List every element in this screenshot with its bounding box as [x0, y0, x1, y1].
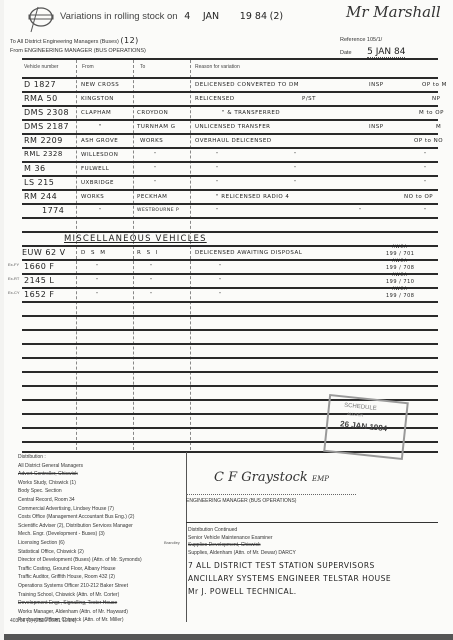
reason: RELICENSED [195, 96, 235, 102]
distribution-item: Supplies Development, Chiswick [188, 542, 296, 550]
title-month: JAN [203, 11, 219, 22]
to: " [154, 166, 156, 172]
row-rule [22, 301, 438, 303]
reason: " [216, 166, 218, 172]
vehicle-number: D 1827 [24, 80, 56, 89]
vehicle-number: 1774 [42, 206, 64, 215]
vehicle-number: LS 215 [24, 178, 54, 187]
row-rule [22, 77, 438, 79]
row-rule [22, 161, 438, 163]
from: CLAPHAM [81, 110, 111, 116]
date-label: Date [340, 50, 352, 56]
extra: INSP [369, 82, 384, 88]
from: " [96, 292, 98, 298]
from: " [96, 278, 98, 284]
distribution-item: Costs Office (Management Accountant Bus … [18, 513, 142, 522]
bottom-edge [4, 634, 453, 640]
to: R S I [137, 250, 159, 256]
title-copy: (2) [270, 11, 283, 22]
row-rule [22, 147, 438, 149]
from: WORKS [81, 194, 104, 200]
distribution-continued-title: Distribution Continued [188, 527, 296, 535]
stamp-date: 26 JAN 1984 [340, 419, 388, 433]
code: OP to M [422, 82, 447, 88]
to-count: (12) [120, 36, 138, 45]
title-year: 19 84 [240, 11, 267, 22]
distribution-item: Licensing Section (6) [18, 539, 142, 548]
row-rule [22, 315, 438, 317]
to: CROYDON [137, 110, 168, 116]
code-top: AWCA [392, 259, 408, 264]
code-top: AWCA [392, 245, 408, 250]
col-from: From [82, 64, 94, 70]
code-bottom: 199 / 708 [386, 265, 414, 271]
reference: Reference 105/1/ [340, 37, 382, 43]
row-rule [22, 329, 438, 331]
vehicle-number: EUW 62 V [22, 248, 66, 257]
reason: " [216, 152, 218, 158]
received-stamp: SCHEDULE ALLOCN 26 JAN 1984 [323, 394, 409, 460]
row-rule [22, 133, 438, 135]
reason: " RELICENSED RADIO 4 [216, 194, 289, 200]
handwritten-line: ANCILLARY SYSTEMS ENGINEER TELSTAR HOUSE [188, 572, 391, 585]
col-to: To [140, 64, 145, 70]
code: " [424, 152, 426, 158]
row-rule [22, 385, 438, 387]
row-rule [22, 343, 438, 345]
from: ASH GROVE [81, 138, 118, 144]
distribution-item: Central Record, Room 34 [18, 496, 142, 505]
form-code: 403/69 (1) (2500 10/81 121/1) [10, 618, 76, 624]
reason: " [219, 292, 221, 298]
distribution-continued-list: Distribution Continued Senior Vehicle Ma… [188, 527, 296, 557]
signature-block: C F Graystock EMP ENGINEERING MANAGER (B… [186, 452, 438, 522]
reason: UNLICENSED TRANSFER [195, 124, 271, 130]
margin-note: Brandley [164, 540, 180, 545]
row-rule [22, 91, 438, 93]
row-note: Ex-CY [8, 290, 20, 295]
row-rule [22, 175, 438, 177]
row-rule [22, 217, 438, 219]
distribution-item: Traffic Costing, Ground Floor, Albany Ho… [18, 565, 142, 574]
title-prefix: Variations in rolling stock on [60, 11, 178, 22]
title-day: 4 [184, 11, 190, 22]
distribution-item: Development Engr., Signalling, Tester Ho… [18, 599, 142, 608]
distribution-item: Works Study, Chiswick (1) [18, 479, 142, 488]
handwritten-line: 7 ALL DISTRICT TEST STATION SUPERVISORS [188, 559, 391, 572]
distribution-item: Works Manager, Aldenham (Attn. of Mr. Ha… [18, 608, 142, 617]
row-rule [22, 105, 438, 107]
signature-suffix: EMP [312, 475, 329, 483]
handwritten-distribution: 7 ALL DISTRICT TEST STATION SUPERVISORS … [188, 559, 391, 598]
distribution-item: Operations Systems Officer 210-212 Baker… [18, 582, 142, 591]
distribution-list: Distribution : All District General Mana… [18, 453, 142, 625]
vehicle-number: DMS 2187 [24, 122, 69, 131]
distribution-item: Body Spec. Section [18, 487, 142, 496]
to-label: To All District Engineering Managers (Bu… [10, 39, 119, 45]
code: OP to NO [414, 138, 443, 144]
reason: DELICENSED CONVERTED TO DM [195, 82, 299, 88]
section-title: MISCELLANEOUS VEHICLES [64, 234, 207, 244]
distribution-title: Distribution : [18, 453, 142, 462]
signature-line [186, 494, 356, 495]
from: " [99, 208, 101, 214]
date-line: Date 5 JAN 84 [340, 47, 405, 57]
row-rule [22, 287, 438, 289]
reason: DELICENSED AWAITING DISPOSAL [195, 250, 302, 256]
from: WILLESDON [81, 152, 118, 158]
code-top: AWCA [392, 273, 408, 278]
extra: INSP [369, 124, 384, 130]
row-rule [22, 231, 438, 233]
distribution-item: Senior Vehicle Maintenance Examiner [188, 535, 296, 543]
distribution-item: Traffic Auditor, Griffith House, Room 43… [18, 573, 142, 582]
date-value: 5 JAN 84 [367, 47, 405, 58]
signature-title: ENGINEERING MANAGER (BUS OPERATIONS) [186, 498, 296, 504]
handwritten-recipient: Mr Marshall [346, 3, 441, 21]
code-top: AWCA [392, 287, 408, 292]
vehicle-number: RM 2209 [24, 136, 63, 145]
vehicle-number: RM 244 [24, 192, 57, 201]
row-note: Ex-FY [8, 262, 19, 267]
from: " [96, 264, 98, 270]
extra: " [294, 166, 296, 172]
to: " [150, 292, 152, 298]
signature-name: C F Graystock [214, 470, 308, 485]
to: WORKS [140, 138, 163, 144]
code: M [436, 124, 441, 130]
vehicle-number: 2145 L [24, 276, 54, 285]
reason: " & TRANSFERRED [222, 110, 280, 116]
vehicle-number: RML 2328 [24, 150, 63, 158]
to: " [154, 152, 156, 158]
row-rule [22, 357, 438, 359]
col-vehicle-number: Vehicle number [24, 64, 58, 70]
vehicle-number: 1660 F [24, 262, 55, 271]
code: NP [432, 96, 440, 102]
signature: C F Graystock EMP [214, 470, 329, 485]
extra: P/ST [302, 96, 316, 102]
from: KINGSTON [81, 96, 114, 102]
from-line: From ENGINEERING MANAGER (BUS OPERATIONS… [10, 48, 146, 54]
distribution-item: Mech. Engr. (Development - Buses) (3) [18, 530, 142, 539]
reason: " [216, 180, 218, 186]
document-page: Variations in rolling stock on 4 JAN 19 … [4, 0, 453, 640]
code-bottom: 199 / 708 [386, 293, 414, 299]
distribution-item: Training School, Chiswick (Attn. of Mr. … [18, 591, 142, 600]
reason: OVERHAUL DELICENSED [195, 138, 272, 144]
london-transport-roundel-icon [26, 5, 56, 33]
code: " [424, 180, 426, 186]
row-rule [22, 203, 438, 205]
distribution-item: All District General Managers [18, 462, 142, 471]
to: TURNHAM G [137, 124, 175, 130]
code: M to OP [419, 110, 444, 116]
stamp-line2: ALLOCN [347, 411, 363, 418]
document-title: Variations in rolling stock on 4 JAN 19 … [60, 11, 283, 22]
to: " [154, 180, 156, 186]
row-rule [22, 371, 438, 373]
col-reason: Reason for variation [195, 64, 240, 70]
code: " [424, 166, 426, 172]
distribution-item: Advert Controller, Chiswick [18, 470, 142, 479]
code: NO to OP [404, 194, 433, 200]
extra: " [294, 152, 296, 158]
row-rule [22, 245, 438, 247]
vehicle-number: RMA 50 [24, 94, 58, 103]
distribution-item: Scientific Adviser (2), Distribution Ser… [18, 522, 142, 531]
code-bottom: 199 / 710 [386, 279, 414, 285]
to: PECKHAM [137, 194, 167, 200]
vehicle-number: 1652 F [24, 290, 55, 299]
vehicle-number: M 36 [24, 164, 46, 173]
from: D S M [81, 250, 107, 256]
reason: " [219, 264, 221, 270]
from: " [99, 124, 102, 130]
distribution-item: Commercial Advertising, Lindsey House (7… [18, 505, 142, 514]
row-note: Ex-RT [8, 276, 19, 281]
from: NEW CROSS [81, 82, 119, 88]
code: " [424, 208, 426, 214]
code-bottom: 199 / 701 [386, 251, 414, 257]
extra: " [359, 208, 361, 214]
vehicle-number: DMS 2308 [24, 108, 69, 117]
row-rule [22, 259, 438, 261]
to: WESTBOURNE P [137, 208, 179, 213]
reason: " [219, 278, 221, 284]
row-rule [22, 273, 438, 275]
handwritten-line: Mr J. POWELL TECHNICAL. [188, 585, 391, 598]
distribution-item: Supplies, Aldenham (Attn. of Mr. Dewar) … [188, 550, 296, 558]
distribution-continued: Distribution Continued Senior Vehicle Ma… [186, 522, 438, 618]
to: " [150, 278, 152, 284]
row-rule [22, 119, 438, 121]
from: FULWELL [81, 166, 109, 172]
distribution-item: Director of Development (Buses) (Attn. o… [18, 556, 142, 565]
distribution-item: Statistical Office, Chiswick (2) [18, 548, 142, 557]
from: UXBRIDGE [81, 180, 114, 186]
to-line: To All District Engineering Managers (Bu… [10, 36, 139, 45]
header-rule [22, 58, 438, 60]
row-rule [22, 189, 438, 191]
reason: " [216, 208, 218, 214]
to: " [150, 264, 152, 270]
extra: " [294, 180, 296, 186]
